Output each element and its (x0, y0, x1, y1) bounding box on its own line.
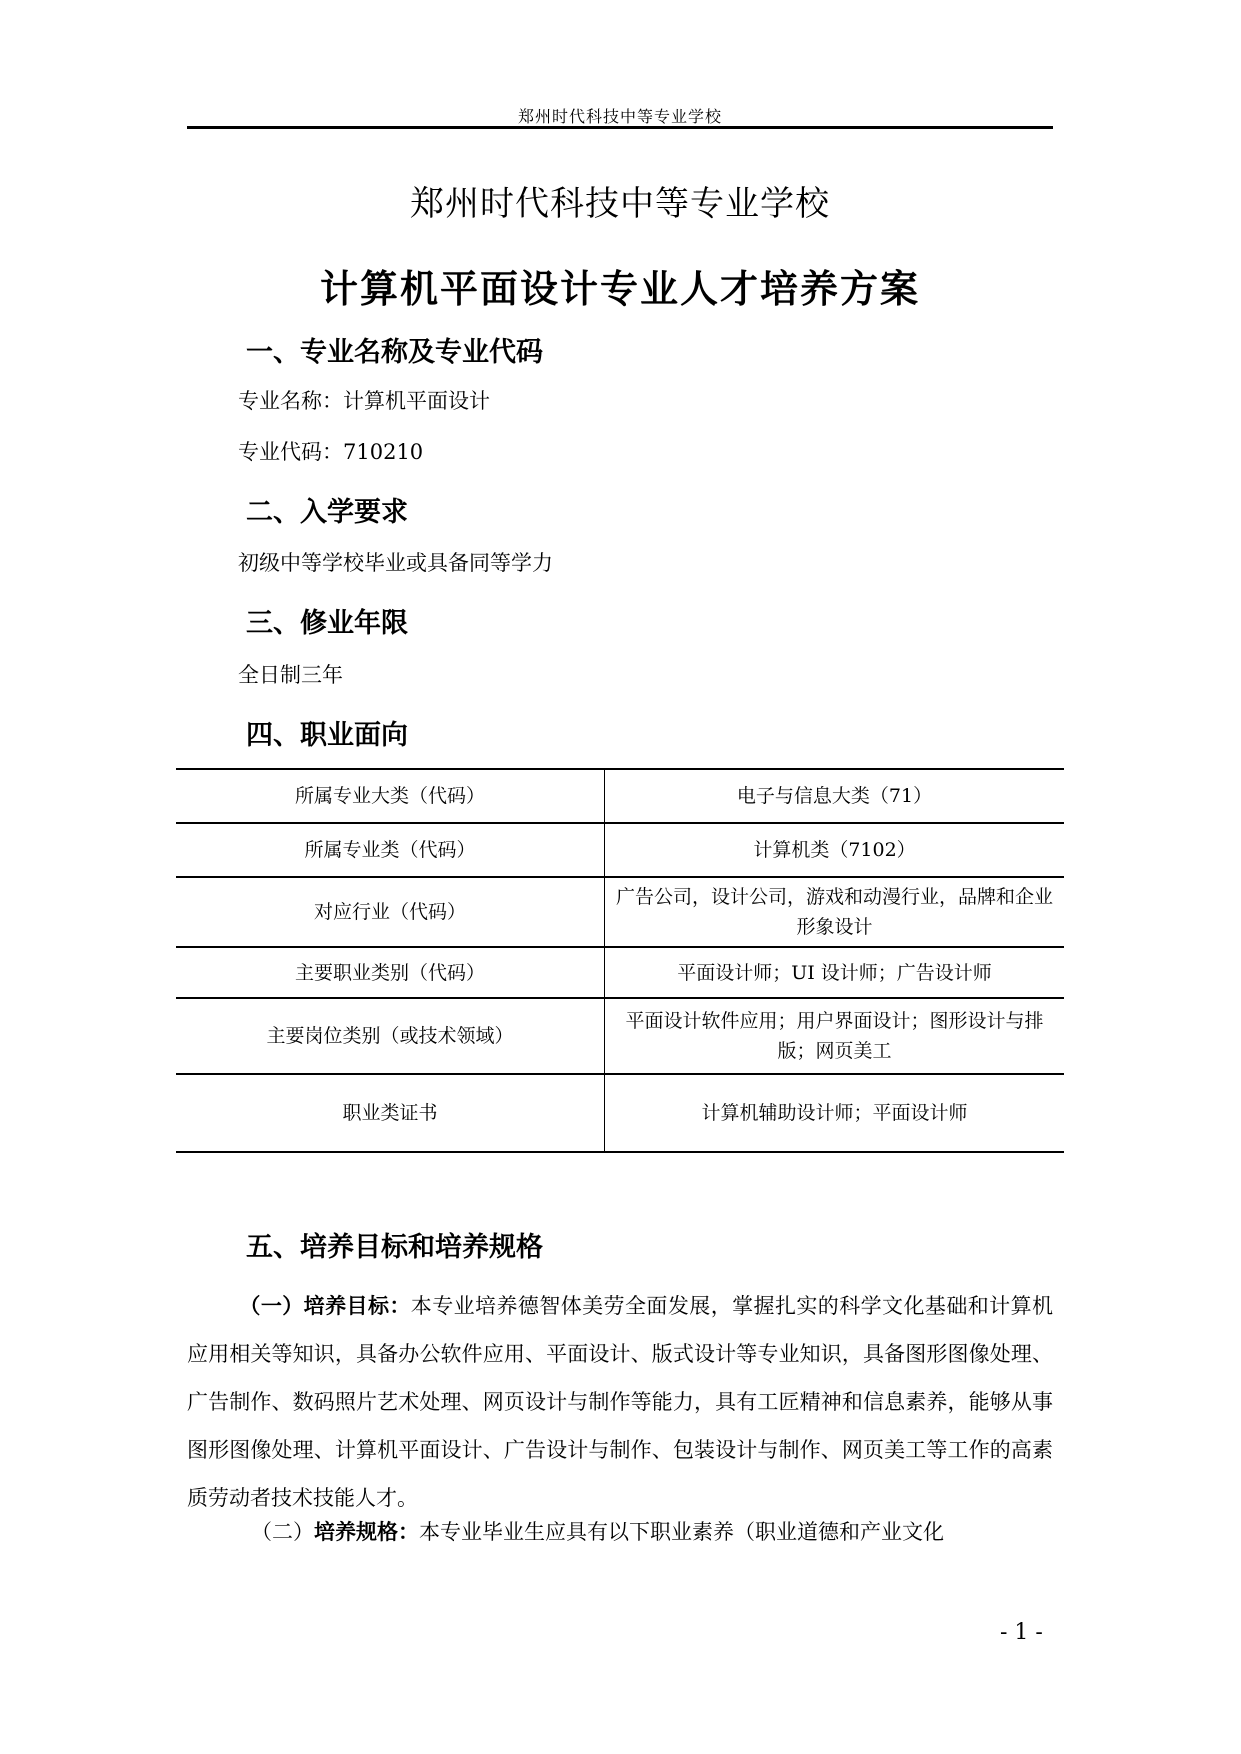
section-heading-3: 三、修业年限 (246, 601, 408, 640)
table-key: 主要职业类别（代码） (176, 947, 605, 998)
training-specs-prefix: （二） (251, 1520, 314, 1544)
section-heading-1: 一、专业名称及专业代码 (246, 330, 543, 369)
table-row: 主要岗位类别（或技术领域） 平面设计软件应用；用户界面设计；图形设计与排版；网页… (176, 998, 1064, 1074)
training-specs-text: 本专业毕业生应具有以下职业素养（职业道德和产业文化 (419, 1520, 944, 1544)
major-name: 专业名称：计算机平面设计 (238, 385, 490, 415)
table-row: 主要职业类别（代码） 平面设计师；UI 设计师；广告设计师 (176, 947, 1064, 998)
page-number: - 1 - (1000, 1620, 1043, 1645)
table-key: 所属专业大类（代码） (176, 769, 605, 823)
table-row: 职业类证书 计算机辅助设计师；平面设计师 (176, 1074, 1064, 1152)
header-rule (187, 126, 1053, 129)
table-row: 所属专业类（代码） 计算机类（7102） (176, 823, 1064, 877)
table-row: 所属专业大类（代码） 电子与信息大类（71） (176, 769, 1064, 823)
running-header: 郑州时代科技中等专业学校 (187, 104, 1053, 127)
study-duration: 全日制三年 (238, 659, 343, 689)
table-key: 职业类证书 (176, 1074, 605, 1152)
school-title: 郑州时代科技中等专业学校 (187, 176, 1053, 225)
table-value: 平面设计软件应用；用户界面设计；图形设计与排版；网页美工 (605, 998, 1065, 1074)
table-key: 所属专业类（代码） (176, 823, 605, 877)
training-goals-text: 本专业培养德智体美劳全面发展，掌握扎实的科学文化基础和计算机应用相关等知识，具备… (187, 1294, 1053, 1510)
training-goals-label: （一）培养目标： (239, 1294, 411, 1318)
document-title: 计算机平面设计专业人才培养方案 (187, 258, 1053, 313)
training-specs-paragraph: （二）培养规格：本专业毕业生应具有以下职业素养（职业道德和产业文化 (187, 1508, 1053, 1556)
table-key: 对应行业（代码） (176, 877, 605, 947)
table-value: 计算机类（7102） (605, 823, 1065, 877)
table-key: 主要岗位类别（或技术领域） (176, 998, 605, 1074)
table-row: 对应行业（代码） 广告公司，设计公司，游戏和动漫行业，品牌和企业形象设计 (176, 877, 1064, 947)
training-goals-paragraph: （一）培养目标：本专业培养德智体美劳全面发展，掌握扎实的科学文化基础和计算机应用… (187, 1282, 1053, 1522)
section-heading-4: 四、职业面向 (246, 713, 408, 752)
section-heading-5: 五、培养目标和培养规格 (246, 1225, 543, 1264)
table-value: 广告公司，设计公司，游戏和动漫行业，品牌和企业形象设计 (605, 877, 1065, 947)
section-heading-2: 二、入学要求 (246, 490, 408, 529)
table-value: 平面设计师；UI 设计师；广告设计师 (605, 947, 1065, 998)
training-specs-label: 培养规格： (314, 1520, 419, 1544)
major-code: 专业代码：710210 (238, 436, 423, 466)
table-value: 计算机辅助设计师；平面设计师 (605, 1074, 1065, 1152)
career-orientation-table: 所属专业大类（代码） 电子与信息大类（71） 所属专业类（代码） 计算机类（71… (176, 768, 1064, 1153)
admission-requirement: 初级中等学校毕业或具备同等学力 (238, 547, 553, 577)
table-value: 电子与信息大类（71） (605, 769, 1065, 823)
